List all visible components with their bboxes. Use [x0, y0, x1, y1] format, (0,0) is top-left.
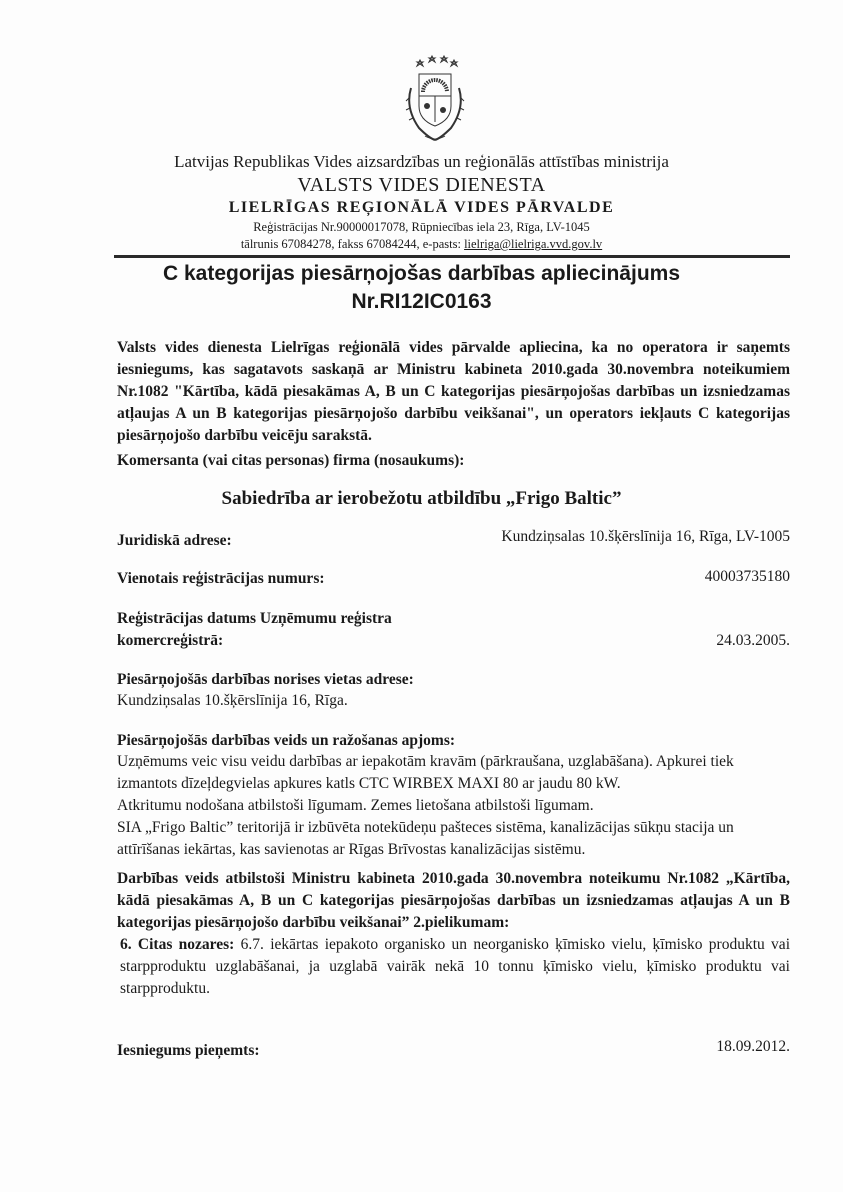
- service-name: VALSTS VIDES DIENESTA: [0, 174, 843, 197]
- activity-description: Uzņēmums veic visu veidu darbības ar iep…: [117, 751, 790, 861]
- activity-line: Uzņēmums veic visu veidu darbības ar iep…: [117, 751, 790, 795]
- reg-date-label-line1: Reģistrācijas datums Uzņēmumu reģistra: [117, 608, 392, 630]
- email-link[interactable]: lielriga@lielriga.vvd.gov.lv: [464, 237, 602, 251]
- reg-number-value: 40003735180: [705, 566, 790, 588]
- document-title: C kategorijas piesārņojošas darbības apl…: [0, 262, 843, 286]
- latvia-coat-of-arms-icon: [405, 48, 465, 148]
- document-number: Nr.RI12IC0163: [0, 290, 843, 314]
- certificate-page: Latvijas Republikas Vides aizsardzības u…: [0, 0, 843, 1192]
- submission-date: 18.09.2012.: [716, 1036, 790, 1058]
- contact-line: tālrunis 67084278, fakss 67084244, e-pas…: [0, 237, 843, 252]
- reg-date-label-line2: komercreģistrā:: [117, 630, 223, 652]
- ministry-name: Latvijas Republikas Vides aizsardzības u…: [0, 152, 843, 172]
- intro-paragraph: Valsts vides dienesta Lielrīgas reģionāl…: [117, 337, 790, 447]
- annex-body: 6. Citas nozares: 6.7. iekārtas iepakoto…: [120, 934, 790, 1000]
- annex-heading: Darbības veids atbilstoši Ministru kabin…: [117, 868, 790, 934]
- company-label: Komersanta (vai citas personas) firma (n…: [117, 450, 464, 472]
- activity-line: Atkritumu nodošana atbilstoši līgumam. Z…: [117, 795, 790, 817]
- reg-number-label: Vienotais reģistrācijas numurs:: [117, 568, 325, 590]
- submission-label: Iesniegums pieņemts:: [117, 1040, 260, 1062]
- legal-address-label: Juridiskā adrese:: [117, 530, 232, 552]
- reg-date-value: 24.03.2005.: [716, 630, 790, 652]
- regional-office-name: LIELRĪGAS REĢIONĀLĀ VIDES PĀRVALDE: [0, 199, 843, 217]
- contact-text: tālrunis 67084278, fakss 67084244, e-pas…: [241, 237, 464, 251]
- site-address-value: Kundziņsalas 10.šķērslīnija 16, Rīga.: [117, 690, 348, 712]
- company-name: Sabiedrība ar ierobežotu atbildību „Frig…: [0, 488, 843, 510]
- activity-label: Piesārņojošās darbības veids un ražošana…: [117, 730, 455, 752]
- header-divider: [114, 255, 790, 258]
- annex-category-label: 6. Citas nozares:: [120, 936, 234, 953]
- legal-address-value: Kundziņsalas 10.šķērslīnija 16, Rīga, LV…: [501, 526, 790, 548]
- site-address-label: Piesārņojošās darbības norises vietas ad…: [117, 669, 414, 691]
- activity-line: SIA „Frigo Baltic” teritorijā ir izbūvēt…: [117, 817, 790, 861]
- registration-line: Reģistrācijas Nr.90000017078, Rūpniecība…: [0, 220, 843, 235]
